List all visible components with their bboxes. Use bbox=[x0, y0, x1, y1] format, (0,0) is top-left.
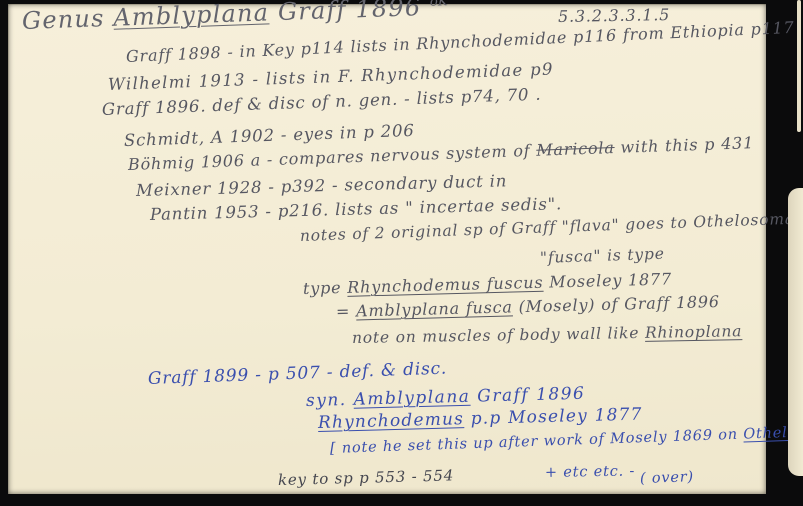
syn-rhynchodemus-authority: p.p Moseley 1877 bbox=[464, 405, 643, 430]
classification-number: 5.3.2.3.3.1.5 bbox=[558, 6, 670, 26]
type-authority: Moseley 1877 bbox=[543, 269, 672, 291]
type-species-line: type Rhynchodemus fuscus Moseley 1877 bbox=[303, 270, 672, 297]
over-note: ( over) bbox=[640, 470, 694, 488]
synonym-authority: (Mosely) of Graff 1896 bbox=[512, 292, 720, 316]
adjacent-card-edge bbox=[788, 188, 803, 476]
syn-authority: Graff 1896 bbox=[470, 384, 585, 407]
synonym-binomial: Amblyplana fusca bbox=[356, 297, 513, 320]
title-ok-mark: oK bbox=[430, 0, 448, 10]
syn-rhynchodemus-genus: Rhynchodemus bbox=[318, 409, 465, 433]
title-genus: Amblyplana bbox=[113, 0, 270, 32]
bohmig-suffix: with this p 431 bbox=[614, 133, 754, 157]
title-author: Graff 1896 bbox=[269, 0, 431, 26]
note-graff-1899: Graff 1899 - p 507 - def. & disc. bbox=[148, 360, 448, 389]
adjacent-card-top-edge bbox=[797, 0, 801, 132]
muscles-prefix: note on muscles of body wall like bbox=[352, 324, 645, 347]
muscles-note: note on muscles of body wall like Rhinop… bbox=[352, 323, 743, 347]
type-binomial: Rhynchodemus fuscus bbox=[347, 273, 544, 297]
note-fusca-type: "fusca" is type bbox=[540, 246, 665, 267]
card-title: Genus Amblyplana Graff 1896 oK bbox=[22, 0, 449, 34]
etc-note: + etc etc. - bbox=[545, 464, 635, 482]
title-prefix: Genus bbox=[22, 4, 114, 35]
bracket-prefix: [ note he set this up after work of Mose… bbox=[330, 427, 744, 457]
synonym-line: = Amblyplana fusca (Mosely) of Graff 189… bbox=[336, 293, 720, 321]
synonym-prefix: = bbox=[336, 301, 357, 321]
type-label: type bbox=[303, 278, 348, 298]
syn-prefix: syn. bbox=[306, 390, 354, 411]
scanned-card-photo: { "colors": { "card_bg": "#f6efda", "bac… bbox=[0, 0, 803, 506]
syn-genus: Amblyplana bbox=[353, 387, 470, 410]
index-card: 5.3.2.3.3.1.5 Genus Amblyplana Graff 189… bbox=[8, 4, 766, 494]
muscles-genus: Rhinoplana bbox=[645, 322, 743, 342]
bohmig-struck-word: Maricola bbox=[536, 138, 615, 160]
key-note: key to sp p 553 - 554 bbox=[278, 467, 455, 488]
note-meixner-1928: Meixner 1928 - p392 - secondary duct in bbox=[136, 172, 508, 200]
syn-rhynchodemus-line: Rhynchodemus p.p Moseley 1877 bbox=[318, 406, 643, 433]
